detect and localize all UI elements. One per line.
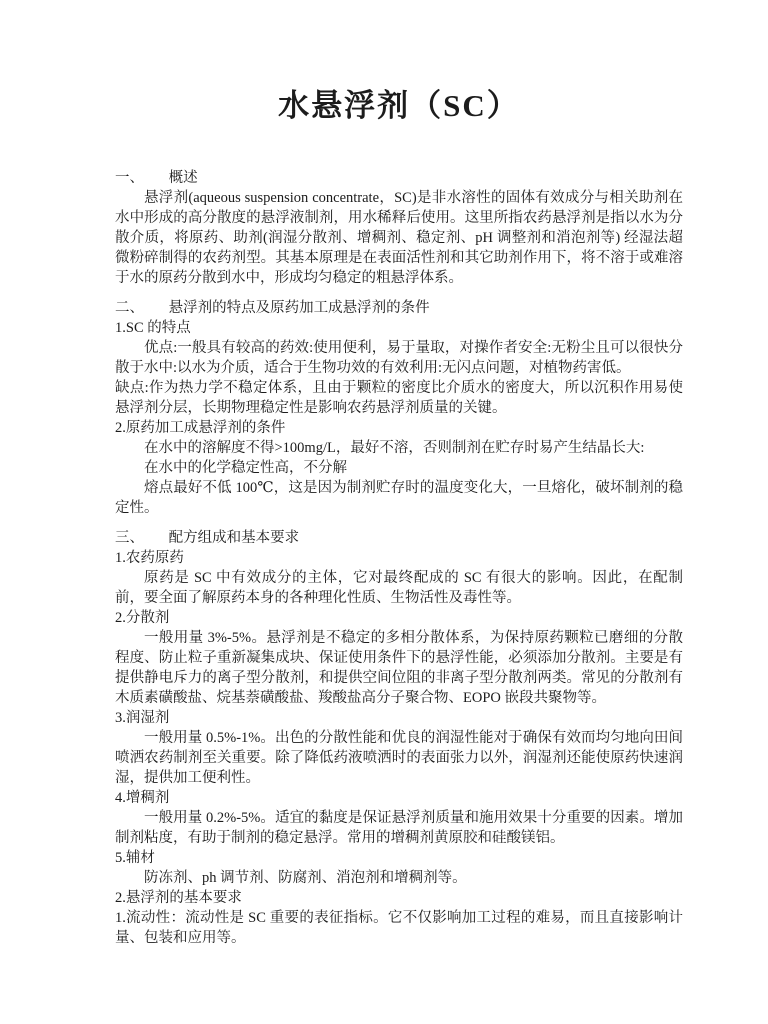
doc-line: 防冻剂、ph 调节剂、防腐剂、消泡剂和增稠剂等。	[115, 868, 683, 888]
section-heading: 三、配方组成和基本要求	[115, 528, 683, 548]
section-heading: 二、悬浮剂的特点及原药加工成悬浮剂的条件	[115, 298, 683, 318]
section-label: 配方组成和基本要求	[169, 530, 300, 546]
section-label: 悬浮剂的特点及原药加工成悬浮剂的条件	[169, 300, 430, 316]
section-number: 二、	[115, 300, 144, 316]
section-heading: 一、概述	[115, 168, 683, 188]
doc-subheading: 3.润湿剂	[115, 708, 683, 728]
doc-paragraph: 悬浮剂(aqueous suspension concentrate，SC)是非…	[115, 188, 683, 288]
document-page: 水悬浮剂（SC） 一、概述 悬浮剂(aqueous suspension con…	[0, 0, 768, 1024]
section-label: 概述	[169, 170, 198, 186]
doc-paragraph: 一般用量 3%-5%。悬浮剂是不稳定的多相分散体系，为保持原药颗粒已磨细的分散程…	[115, 628, 683, 708]
doc-paragraph: 原药是 SC 中有效成分的主体，它对最终配成的 SC 有很大的影响。因此，在配制…	[115, 568, 683, 608]
doc-subheading: 2.悬浮剂的基本要求	[115, 888, 683, 908]
doc-line: 在水中的化学稳定性高，不分解	[115, 458, 683, 478]
page-title: 水悬浮剂（SC）	[115, 86, 683, 126]
doc-subheading: 2.原药加工成悬浮剂的条件	[115, 418, 683, 438]
doc-line: 在水中的溶解度不得>100mg/L，最好不溶，否则制剂在贮存时易产生结晶长大:	[115, 438, 683, 458]
section-number: 三、	[115, 530, 144, 546]
doc-paragraph: 熔点最好不低 100℃，这是因为制剂贮存时的温度变化大，一旦熔化，破坏制剂的稳定…	[115, 478, 683, 518]
doc-subheading: 4.增稠剂	[115, 788, 683, 808]
doc-paragraph: 1.流动性：流动性是 SC 重要的表征指标。它不仅影响加工过程的难易，而且直接影…	[115, 908, 683, 948]
doc-paragraph: 缺点:作为热力学不稳定体系，且由于颗粒的密度比介质水的密度大，所以沉积作用易使悬…	[115, 378, 683, 418]
doc-paragraph: 一般用量 0.2%-5%。适宜的黏度是保证悬浮剂质量和施用效果十分重要的因素。增…	[115, 808, 683, 848]
doc-paragraph: 优点:一般具有较高的药效:使用便利，易于量取，对操作者安全:无粉尘且可以很快分散…	[115, 338, 683, 378]
doc-subheading: 2.分散剂	[115, 608, 683, 628]
doc-subheading: 5.辅材	[115, 848, 683, 868]
doc-subheading: 1.SC 的特点	[115, 318, 683, 338]
section-number: 一、	[115, 170, 144, 186]
doc-subheading: 1.农药原药	[115, 548, 683, 568]
doc-paragraph: 一般用量 0.5%-1%。出色的分散性能和优良的润湿性能对于确保有效而均匀地向田…	[115, 728, 683, 788]
